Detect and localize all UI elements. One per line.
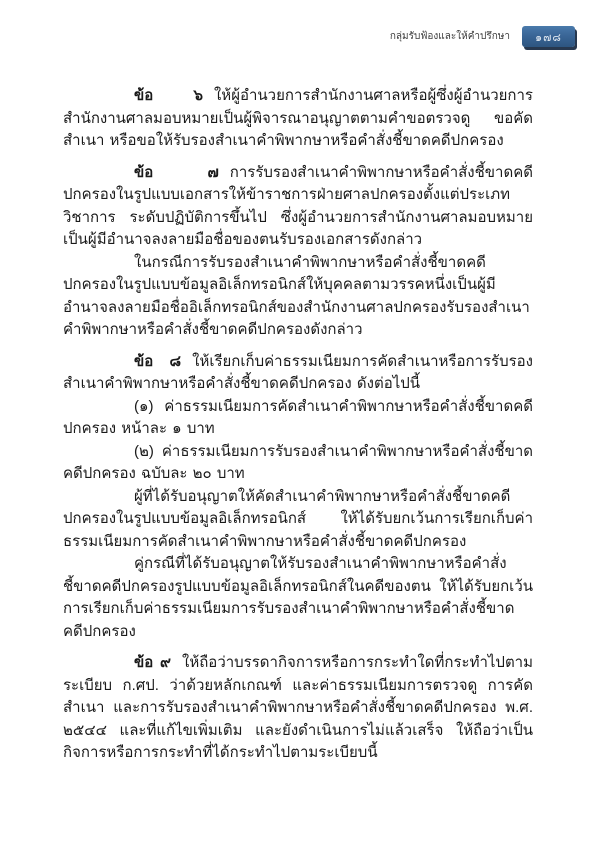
clause-7-paragraph: ข้อ ๗การรับรองสำเนาคำพิพากษาหรือคำสั่งชี… xyxy=(63,162,533,252)
clause-6-paragraph: ข้อ ๖ให้ผู้อำนวยการสำนักงานศาลหรือผู้ซึ่… xyxy=(63,85,533,153)
header-group-label: กลุ่มรับฟ้องและให้คำปรึกษา xyxy=(390,29,510,44)
fee-item-1-text: (๑) ค่าธรรมเนียมการคัดสำเนาคำพิพากษาหรือ… xyxy=(63,398,533,438)
clause-9-number: ข้อ ๙ xyxy=(134,654,171,671)
clause-8-paragraph: ข้อ ๘ให้เรียกเก็บค่าธรรมเนียมการคัดสำเนา… xyxy=(63,351,533,396)
document-page: กลุ่มรับฟ้องและให้คำปรึกษา ๑๗๘ ข้อ ๖ให้ผ… xyxy=(0,0,595,842)
page-number-badge: ๑๗๘ xyxy=(522,26,575,47)
certify-fee-exemption-text: คู่กรณีที่ได้รับอนุญาตให้รับรองสำเนาคำพิ… xyxy=(63,555,533,640)
certify-fee-exemption-paragraph: คู่กรณีที่ได้รับอนุญาตให้รับรองสำเนาคำพิ… xyxy=(63,553,533,643)
fee-item-2-text: (๒) ค่าธรรมเนียมการรับรองสำเนาคำพิพากษาห… xyxy=(63,443,533,483)
clause-7-number: ข้อ ๗ xyxy=(134,164,219,181)
copy-fee-exemption-paragraph: ผู้ที่ได้รับอนุญาตให้คัดสำเนาคำพิพากษาหร… xyxy=(63,486,533,554)
fee-item-2: (๒) ค่าธรรมเนียมการรับรองสำเนาคำพิพากษาห… xyxy=(63,441,533,486)
clause-9-paragraph: ข้อ ๙ให้ถือว่าบรรดากิจการหรือการกระทำใดท… xyxy=(63,652,533,765)
clause-6-number: ข้อ ๖ xyxy=(134,87,203,104)
clause-7-continuation-text: ในกรณีการรับรองสำเนาคำพิพากษาหรือคำสั่งช… xyxy=(63,254,530,339)
clause-8-number: ข้อ ๘ xyxy=(134,353,181,370)
document-body: ข้อ ๖ให้ผู้อำนวยการสำนักงานศาลหรือผู้ซึ่… xyxy=(63,76,533,765)
fee-item-1: (๑) ค่าธรรมเนียมการคัดสำเนาคำพิพากษาหรือ… xyxy=(63,396,533,441)
copy-fee-exemption-text: ผู้ที่ได้รับอนุญาตให้คัดสำเนาคำพิพากษาหร… xyxy=(63,488,533,550)
clause-7-continuation-paragraph: ในกรณีการรับรองสำเนาคำพิพากษาหรือคำสั่งช… xyxy=(63,252,533,342)
page-header: กลุ่มรับฟ้องและให้คำปรึกษา ๑๗๘ xyxy=(390,26,575,47)
